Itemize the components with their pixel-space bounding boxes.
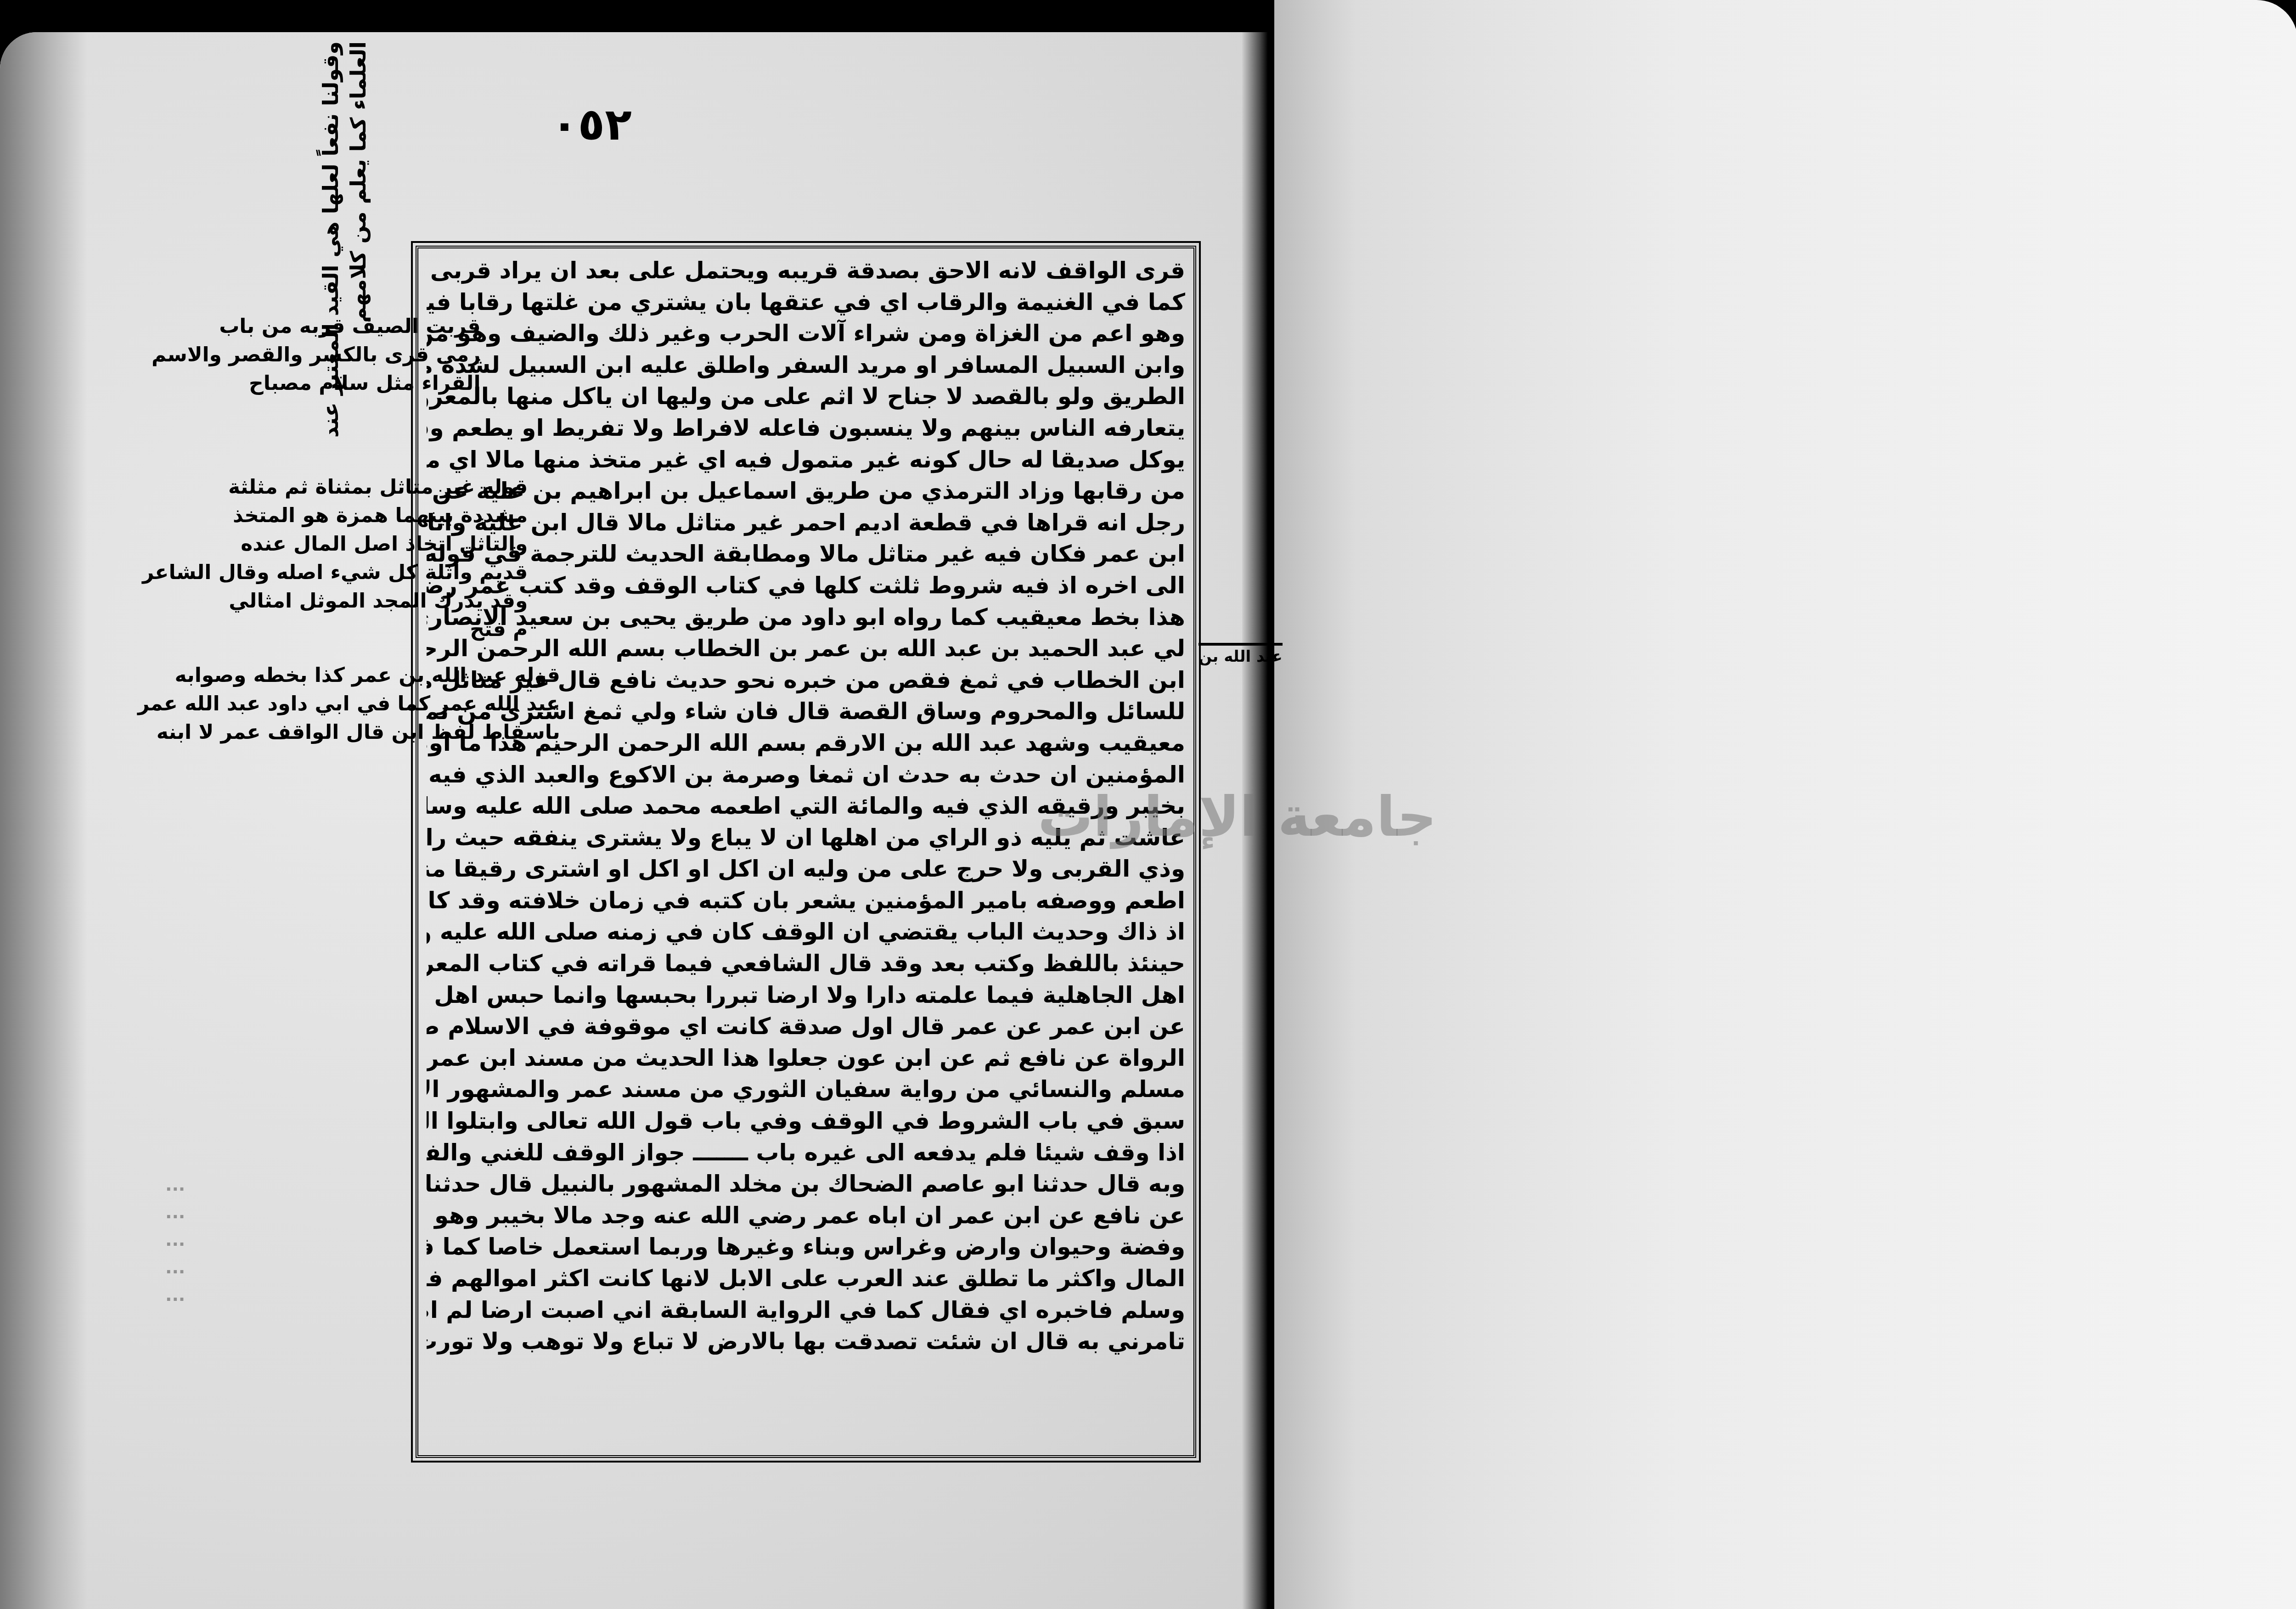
text-line: للسائل والمحروم وساق القصة قال فان شاء و… <box>427 696 1185 727</box>
text-line: مسلم والنسائي من رواية سفيان الثوري من م… <box>427 1074 1185 1105</box>
text-line: الى اخره اذ فيه شروط ثلثت كلها في كتاب ا… <box>427 570 1185 602</box>
margin-note-faded: ... ... ... ... ... <box>165 1171 185 1309</box>
text-line: عن نافع عن ابن عمر ان اباه عمر رضي الله … <box>427 1200 1185 1232</box>
margin-note-line: ... <box>165 1281 185 1309</box>
page-number: ٠٥٢ <box>551 99 632 150</box>
text-line: حينئذ باللفظ وكتب بعد وقد قال الشافعي في… <box>427 948 1185 979</box>
watermark: جامعة الإمارات <box>1038 785 1437 849</box>
text-line: اذ ذاك وحديث الباب يقتضي ان الوقف كان في… <box>427 916 1185 948</box>
text-line: وسلم فاخبره اي فقال كما في الرواية الساب… <box>427 1294 1185 1326</box>
text-line: سبق في باب الشروط في الوقف وفي باب قول ا… <box>427 1105 1185 1137</box>
text-line: ابن الخطاب في ثمغ فقص من خبره نحو حديث ن… <box>427 664 1185 696</box>
text-line: كما في الغنيمة والرقاب اي في عتقها بان ي… <box>427 287 1185 318</box>
text-line: هذا بخط معيقيب كما رواه ابو داود من طريق… <box>427 602 1185 633</box>
text-line: وذي القربى ولا حرج على من وليه ان اكل او… <box>427 853 1185 885</box>
main-text-frame: قرى الواقف لانه الاحق بصدقة قريبه ويحتمل… <box>416 246 1196 1458</box>
text-line: اطعم ووصفه بامير المؤمنين يشعر بان كتبه … <box>427 885 1185 917</box>
text-line: معيقيب وشهد عبد الله بن الارقم بسم الله … <box>427 727 1185 759</box>
text-line: وهو اعم من الغزاة ومن شراء آلات الحرب وغ… <box>427 318 1185 349</box>
side-margin-note: عبد الله بن <box>1199 643 1283 666</box>
text-line: يتعارفه الناس بينهم ولا ينسبون فاعله لاف… <box>427 412 1185 444</box>
text-line: من رقابها وزاد الترمذي من طريق اسماعيل ب… <box>427 475 1185 507</box>
text-line: يوكل صديقا له حال كونه غير متمول فيه اي … <box>427 444 1185 476</box>
text-line: وابن السبيل المسافر او مريد السفر واطلق … <box>427 349 1185 381</box>
text-line: الطريق ولو بالقصد لا جناح لا اثم على من … <box>427 381 1185 412</box>
margin-note-line: ... <box>165 1254 185 1281</box>
text-line: تامرني به قال ان شئت تصدقت بها بالارض لا… <box>427 1326 1185 1357</box>
text-line: ابن عمر فكان فيه غير متاثل مالا ومطابقة … <box>427 538 1185 570</box>
text-line: المال واكثر ما تطلق عند العرب على الابل … <box>427 1263 1185 1294</box>
text-line: الرواة عن نافع ثم عن ابن عون جعلوا هذا ا… <box>427 1042 1185 1074</box>
margin-note-line: ... <box>165 1171 185 1198</box>
text-line: اهل الجاهلية فيما علمته دارا ولا ارضا تب… <box>427 979 1185 1011</box>
margin-note-line: ... <box>165 1198 185 1226</box>
text-line: اذا وقف شيئا فلم يدفعه الى غيره باب ــــ… <box>427 1137 1185 1169</box>
text-line: وفضة وحيوان وارض وغراس وبناء وغيرها وربم… <box>427 1231 1185 1263</box>
text-line: وبه قال حدثنا ابو عاصم الضحاك بن مخلد ال… <box>427 1168 1185 1200</box>
text-line: عن ابن عمر عن عمر قال اول صدقة كانت اي م… <box>427 1011 1185 1042</box>
text-line: قرى الواقف لانه الاحق بصدقة قريبه ويحتمل… <box>427 255 1185 287</box>
text-line: رجل انه قراها في قطعة اديم احمر غير متاث… <box>427 507 1185 539</box>
text-line: لي عبد الحميد بن عبد الله بن عمر بن الخط… <box>427 633 1185 664</box>
margin-note-line: ... <box>165 1226 185 1254</box>
